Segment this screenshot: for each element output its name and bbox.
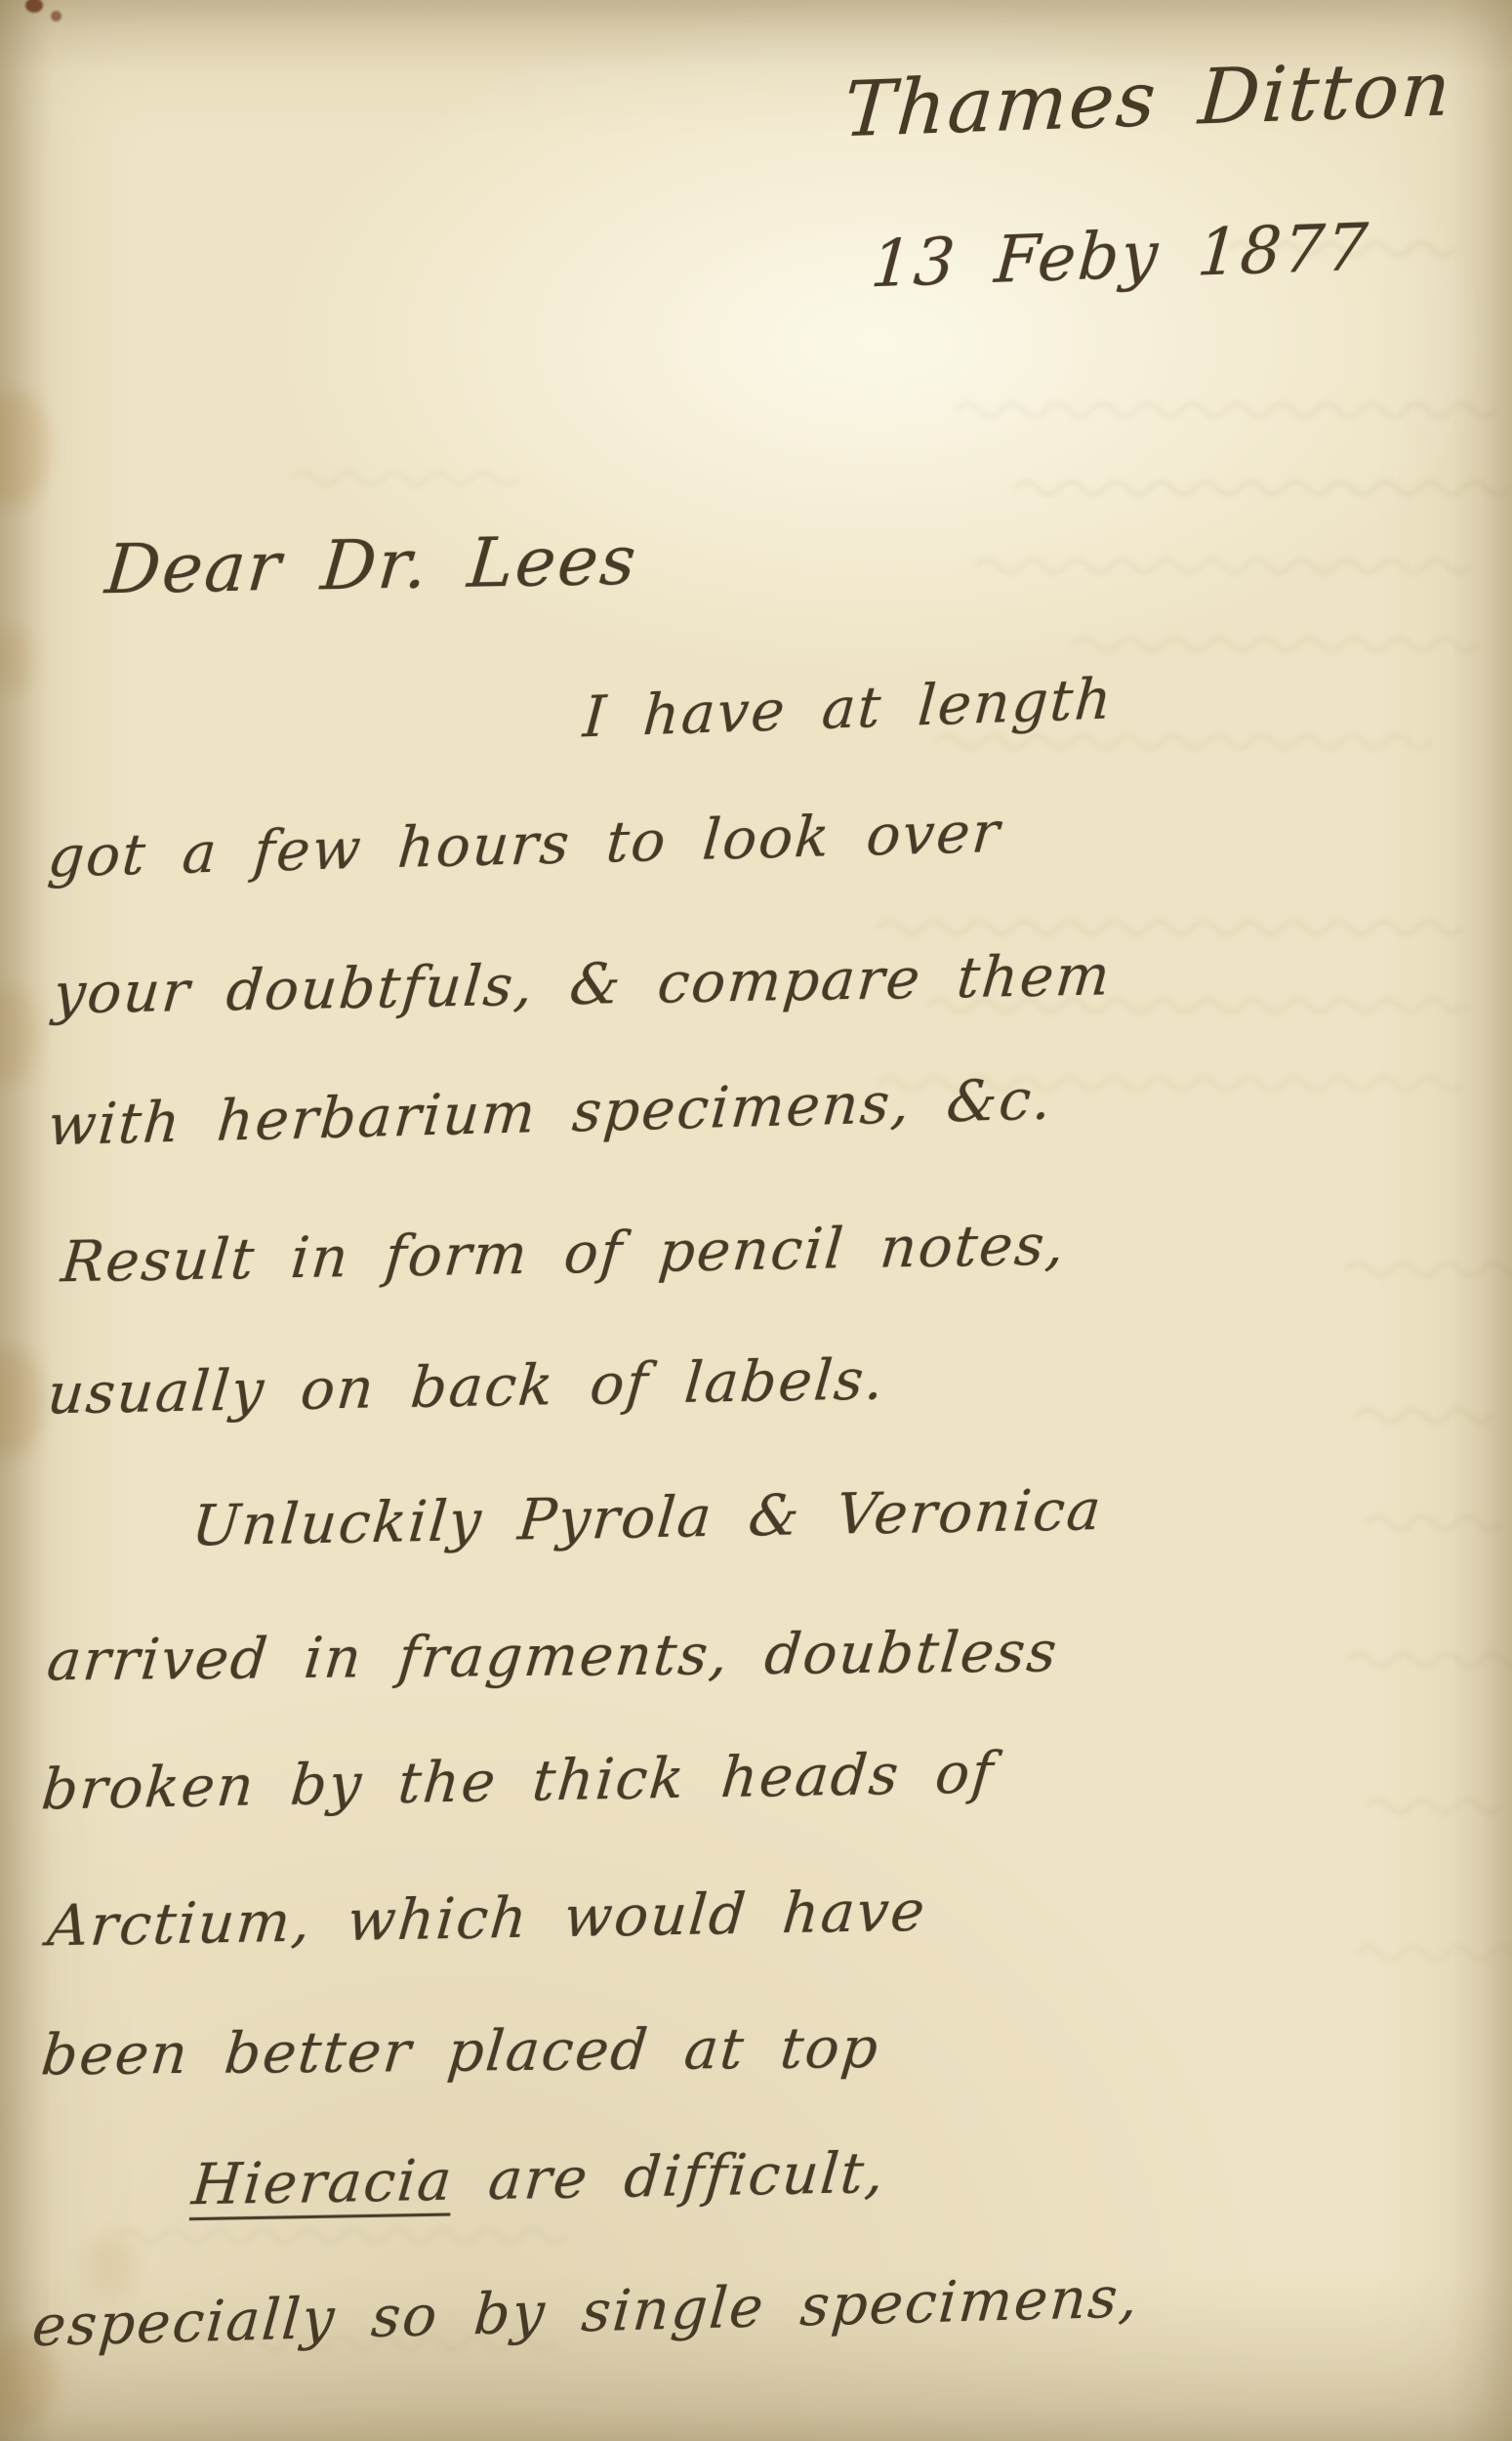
letter-line: got a few hours to look over <box>46 798 1004 890</box>
letter-salutation: Dear Dr. Lees <box>102 519 641 609</box>
letter-page: Thames Ditton 13 Feby 1877 Dear Dr. Lees… <box>0 0 1512 2441</box>
letter-line: Unluckily Pyrola & Veronica <box>189 1476 1105 1558</box>
letter-line: your doubtfuls, & compare them <box>51 941 1114 1026</box>
letter-line: usually on back of labels. <box>45 1345 888 1427</box>
letter-text: got a few hours to look over <box>46 798 1004 890</box>
letter-text: been better placed at top <box>38 2014 882 2089</box>
letter-text: your doubtfuls, & compare them <box>51 941 1114 1026</box>
foxing-spot <box>0 391 49 508</box>
foxing-spot <box>86 2236 137 2295</box>
corner-stain <box>51 11 61 21</box>
letter-text: Unluckily Pyrola & Veronica <box>189 1476 1105 1558</box>
letter-text: Result in form of pencil notes, <box>59 1211 1069 1295</box>
letter-date: 13 Feby 1877 <box>869 209 1372 302</box>
letter-line: arrived in fragments, doubtless <box>44 1618 1061 1693</box>
foxing-spot <box>0 625 33 695</box>
letter-text: broken by the thick heads of <box>39 1739 998 1822</box>
letter-text: usually on back of labels. <box>45 1345 888 1427</box>
letter-line: I have at length <box>581 665 1116 750</box>
letter-text: arrived in fragments, doubtless <box>44 1618 1061 1693</box>
underlined-word: Hieracia <box>189 2146 456 2217</box>
foxing-spot <box>0 1347 43 1457</box>
letter-text: I have at length <box>581 665 1116 750</box>
letter-place: Thames Ditton <box>841 45 1455 154</box>
letter-line: broken by the thick heads of <box>39 1739 998 1822</box>
letter-line: Hieracia are difficult, <box>189 2139 888 2218</box>
letter-text: are difficult, <box>450 2139 888 2213</box>
letter-line: Result in form of pencil notes, <box>59 1211 1069 1295</box>
corner-stain <box>25 0 43 13</box>
letter-line: been better placed at top <box>38 2014 882 2089</box>
foxing-spot <box>0 986 39 1084</box>
letter-text: Arctium, which would have <box>45 1877 929 1959</box>
letter-line: with herbarium specimens, &c. <box>46 1065 1056 1158</box>
letter-text: especially so by single specimens, <box>30 2263 1142 2359</box>
letter-line: Arctium, which would have <box>45 1877 929 1959</box>
letter-line: especially so by single specimens, <box>30 2263 1142 2359</box>
letter-text: with herbarium specimens, &c. <box>46 1065 1056 1158</box>
